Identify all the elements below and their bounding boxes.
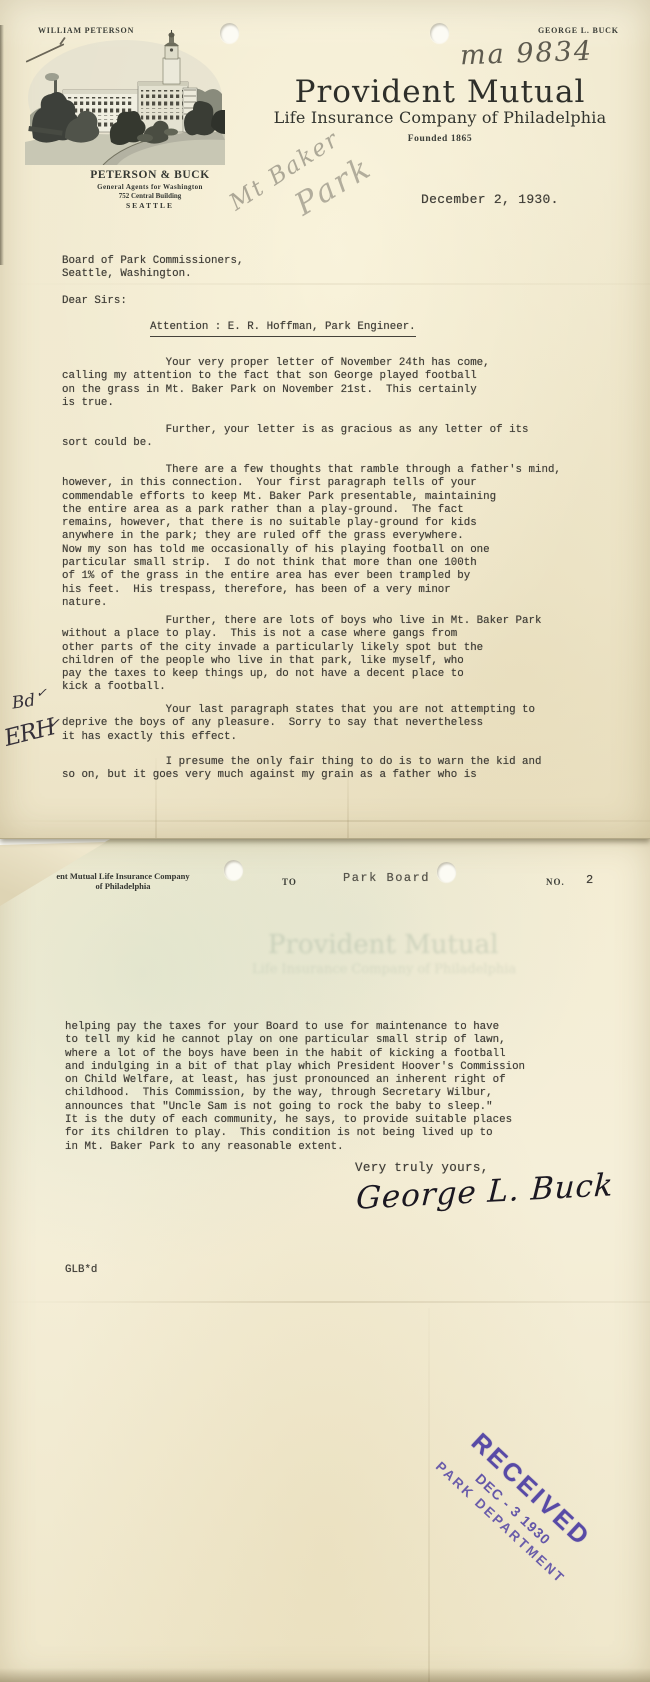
building-engraving-illustration <box>25 30 225 170</box>
punch-hole <box>437 862 456 882</box>
complimentary-close: Very truly yours, <box>355 1162 489 1175</box>
scan-edge-shadow <box>0 1668 650 1682</box>
to-value: Park Board <box>343 872 430 885</box>
page2-letterhead-company: ent Mutual Life Insurance Company of Phi… <box>38 871 208 891</box>
bleed-through-ghost-title: Provident Mutual <box>268 930 498 960</box>
to-label: TO <box>282 877 297 887</box>
page2-company-city: of Philadelphia <box>38 881 208 891</box>
fold-crease <box>347 755 349 838</box>
fold-crease <box>428 1308 430 1682</box>
scanned-letter-document: ent Mutual Life Insurance Company of Phi… <box>0 0 650 1682</box>
page2-company-partial: ent Mutual Life Insurance Company <box>38 871 208 881</box>
pencil-file-number: ma 9834 <box>459 36 593 72</box>
margin-check-mark: ✓ <box>36 686 47 701</box>
salutation: Dear Sirs: <box>62 295 127 308</box>
company-name: Provident Mutual <box>258 74 622 110</box>
paragraph-4: Further, there are lots of boys who live… <box>62 615 541 695</box>
home-office-building-art <box>25 30 225 165</box>
fold-crease <box>155 758 157 838</box>
letter-date: December 2, 1930. <box>421 193 559 206</box>
firm-role: General Agents for Washington <box>70 183 230 191</box>
punch-hole <box>224 860 243 880</box>
company-subtitle: Life Insurance Company of Philadelphia <box>258 108 622 127</box>
letter-body-page2: helping pay the taxes for your Board to … <box>65 1021 525 1154</box>
scan-edge-shadow <box>0 25 4 265</box>
fold-crease <box>0 283 650 285</box>
typist-initials: GLB*d <box>65 1264 97 1277</box>
attention-line: Attention : E. R. Hoffman, Park Engineer… <box>150 321 416 337</box>
page-number-label: NO. <box>546 877 565 887</box>
agent-name-right: GEORGE L. BUCK <box>538 26 619 35</box>
letter-page-1: WILLIAM PETERSON GEORGE L. BUCK <box>0 0 650 839</box>
margin-check-mark: ✓ <box>48 716 60 732</box>
paragraph-1: Your very proper letter of November 24th… <box>62 357 490 410</box>
fold-crease <box>0 1301 650 1303</box>
paragraph-2: Further, your letter is as gracious as a… <box>62 424 529 451</box>
bleed-through-ghost-subtitle: Life Insurance Company of Philadelphia <box>252 962 516 977</box>
firm-city: SEATTLE <box>70 201 230 210</box>
paragraph-6: I presume the only fair thing to do is t… <box>62 756 541 783</box>
margin-initials-bd: Bd <box>11 690 37 713</box>
paragraph-5: Your last paragraph states that you are … <box>62 704 535 744</box>
fold-crease <box>0 820 650 822</box>
firm-address: 752 Central Building <box>70 192 230 200</box>
paragraph-3: There are a few thoughts that ramble thr… <box>62 464 561 610</box>
page-number-value: 2 <box>586 874 593 887</box>
recipient-address: Board of Park Commissioners, Seattle, Wa… <box>62 255 243 282</box>
firm-address-block: PETERSON & BUCK General Agents for Washi… <box>70 169 230 210</box>
punch-hole <box>430 23 449 43</box>
firm-name: PETERSON & BUCK <box>70 169 230 181</box>
